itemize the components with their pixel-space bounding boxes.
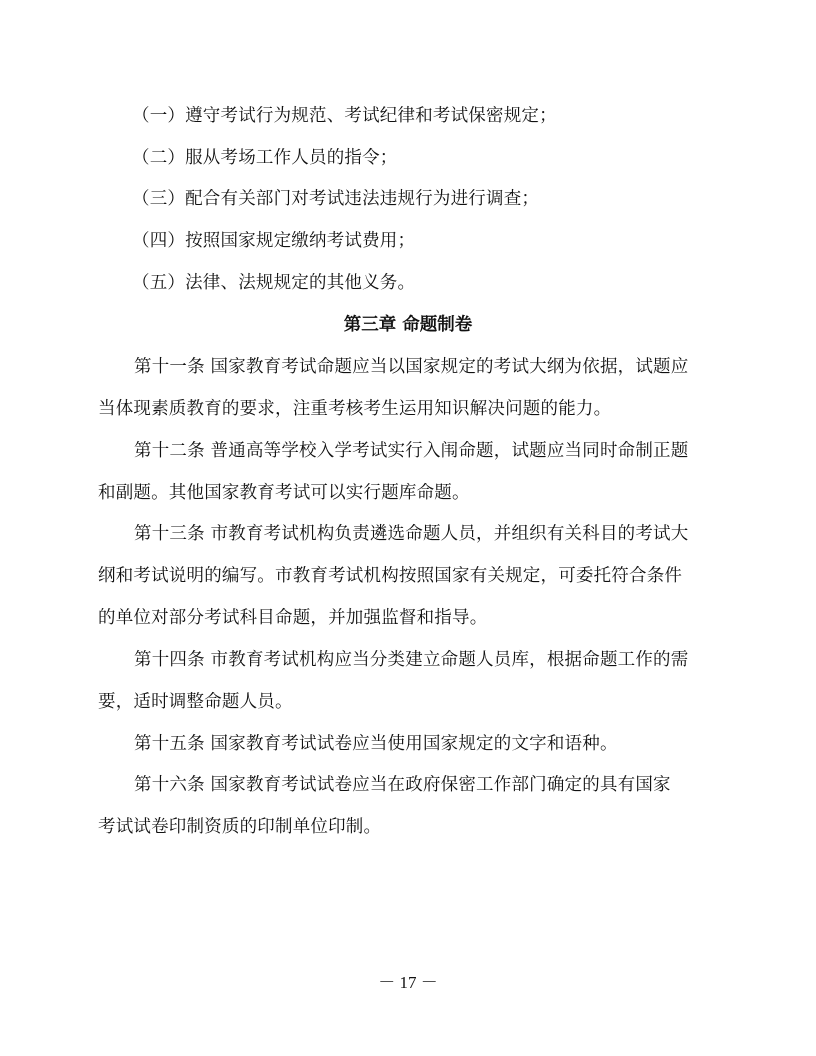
article-line: 第十六条 国家教育考试试卷应当在政府保密工作部门确定的具有国家 (134, 773, 671, 797)
article-line: 第十二条 普通高等学校入学考试实行入闱命题，试题应当同时命制正题 (134, 439, 688, 463)
article-line: 的单位对部分考试科目命题，并加强监督和指导。 (98, 606, 487, 630)
article-line: 第十四条 市教育考试机构应当分类建立命题人员库，根据命题工作的需 (134, 648, 688, 672)
obligation-item-2: （二）服从考场工作人员的指令； (132, 146, 398, 170)
chapter-heading: 第三章 命题制卷 (0, 313, 816, 337)
article-line: 第十三条 市教育考试机构负责遴选命题人员，并组织有关科目的考试大 (134, 522, 688, 546)
article-line: 第十一条 国家教育考试命题应当以国家规定的考试大纲为依据，试题应 (134, 355, 688, 379)
obligation-item-3: （三）配合有关部门对考试违法违规行为进行调查； (132, 187, 539, 211)
obligation-item-5: （五）法律、法规规定的其他义务。 (132, 271, 415, 295)
obligation-item-4: （四）按照国家规定缴纳考试费用； (132, 229, 415, 253)
obligation-item-1: （一）遵守考试行为规范、考试纪律和考试保密规定； (132, 104, 557, 128)
article-line: 当体现素质教育的要求，注重考核考生运用知识解决问题的能力。 (98, 397, 611, 421)
article-line: 要，适时调整命题人员。 (98, 690, 293, 714)
page-number: － 17 － (0, 968, 816, 993)
article-line: 和副题。其他国家教育考试可以实行题库命题。 (98, 481, 470, 505)
article-line: 第十五条 国家教育考试试卷应当使用国家规定的文字和语种。 (134, 732, 618, 756)
article-line: 纲和考试说明的编写。市教育考试机构按照国家有关规定，可委托符合条件 (98, 564, 682, 588)
article-line: 考试试卷印制资质的印制单位印制。 (98, 815, 381, 839)
